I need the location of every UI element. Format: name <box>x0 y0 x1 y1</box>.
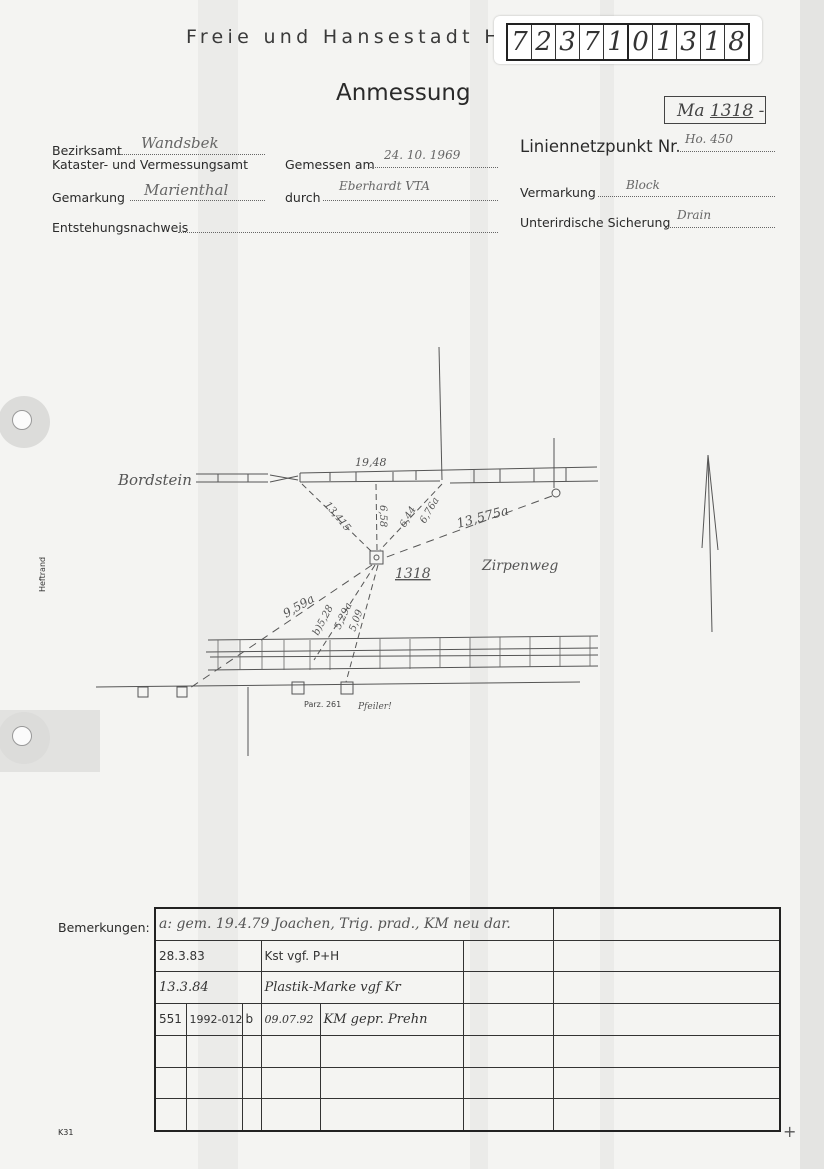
remarks-cell[interactable] <box>242 1099 261 1131</box>
table-row: a: gem. 19.4.79 Joachen, Trig. prad., KM… <box>155 908 780 940</box>
table-row: 28.3.83 Kst vgf. P+H <box>155 940 780 972</box>
remarks-cell[interactable] <box>320 1035 463 1067</box>
remarks-date[interactable]: 28.3.83 <box>155 940 261 972</box>
remarks-cell[interactable] <box>553 908 780 940</box>
remarks-cell[interactable] <box>155 1067 186 1099</box>
remarks-cell[interactable] <box>186 1035 242 1067</box>
measurement: 19,48 <box>355 456 387 469</box>
remarks-cell[interactable] <box>320 1067 463 1099</box>
remarks-cell[interactable] <box>463 940 553 972</box>
remarks-cell[interactable] <box>242 1035 261 1067</box>
remarks-code[interactable]: b <box>242 1004 261 1036</box>
registration-cross-icon: + <box>783 1122 796 1141</box>
parcel-label: Parz. 261 <box>304 700 341 709</box>
measurement: 6,44 <box>398 505 419 530</box>
measurement: b)5,28 <box>311 603 336 637</box>
measurement: 13,415 <box>322 500 353 534</box>
remarks-cell[interactable] <box>553 1004 780 1036</box>
remarks-cell[interactable] <box>242 1067 261 1099</box>
remarks-cell[interactable] <box>463 1067 553 1099</box>
form-code: K31 <box>58 1128 73 1137</box>
curb-label: Bordstein <box>117 471 192 489</box>
parcel-note: Pfeiler! <box>357 702 392 712</box>
remarks-cell[interactable] <box>553 1035 780 1067</box>
table-row: 13.3.84 Plastik-Marke vgf Kr <box>155 972 780 1004</box>
survey-sketch: Bordstein Zirpenweg 1318 19,48 13,415 6,… <box>0 0 824 900</box>
remarks-cell[interactable] <box>463 972 553 1004</box>
table-row <box>155 1067 780 1099</box>
remarks-cell[interactable] <box>155 1035 186 1067</box>
remarks-cell[interactable] <box>553 1099 780 1131</box>
remarks-cell[interactable] <box>261 1099 320 1131</box>
remarks-cell[interactable] <box>553 1067 780 1099</box>
remarks-cell[interactable] <box>186 1099 242 1131</box>
remarks-cell[interactable] <box>553 972 780 1004</box>
measurement: 6,58 <box>377 505 388 527</box>
point-label: 1318 <box>395 566 431 582</box>
table-row <box>155 1035 780 1067</box>
remarks-cell[interactable] <box>186 1067 242 1099</box>
remarks-year[interactable]: 1992-012 <box>186 1004 242 1036</box>
remarks-label: Bemerkungen: <box>58 920 150 935</box>
remarks-cell[interactable] <box>463 1099 553 1131</box>
remarks-date[interactable]: 09.07.92 <box>261 1004 320 1036</box>
remarks-cell[interactable] <box>261 1067 320 1099</box>
remarks-nr[interactable]: 551 <box>155 1004 186 1036</box>
remarks-table: a: gem. 19.4.79 Joachen, Trig. prad., KM… <box>154 907 781 1132</box>
remarks-date[interactable]: 13.3.84 <box>155 972 261 1004</box>
remarks-cell[interactable] <box>320 1099 463 1131</box>
measurement: 9,59a <box>281 592 317 621</box>
remarks-text[interactable]: Plastik-Marke vgf Kr <box>261 972 463 1004</box>
remarks-text[interactable]: KM gepr. Prehn <box>320 1004 463 1036</box>
remarks-cell[interactable]: a: gem. 19.4.79 Joachen, Trig. prad., KM… <box>155 908 553 940</box>
remarks-cell[interactable] <box>553 940 780 972</box>
table-row <box>155 1099 780 1131</box>
remarks-cell[interactable] <box>155 1099 186 1131</box>
remarks-cell[interactable] <box>261 1035 320 1067</box>
remarks-cell[interactable] <box>463 1035 553 1067</box>
remarks-cell[interactable] <box>463 1004 553 1036</box>
street-name: Zirpenweg <box>481 558 558 574</box>
remarks-text[interactable]: Kst vgf. P+H <box>261 940 463 972</box>
measurement: 6,76a <box>418 496 442 526</box>
measurement: 13,575a <box>455 504 510 532</box>
table-row: 551 1992-012 b 09.07.92 KM gepr. Prehn <box>155 1004 780 1036</box>
